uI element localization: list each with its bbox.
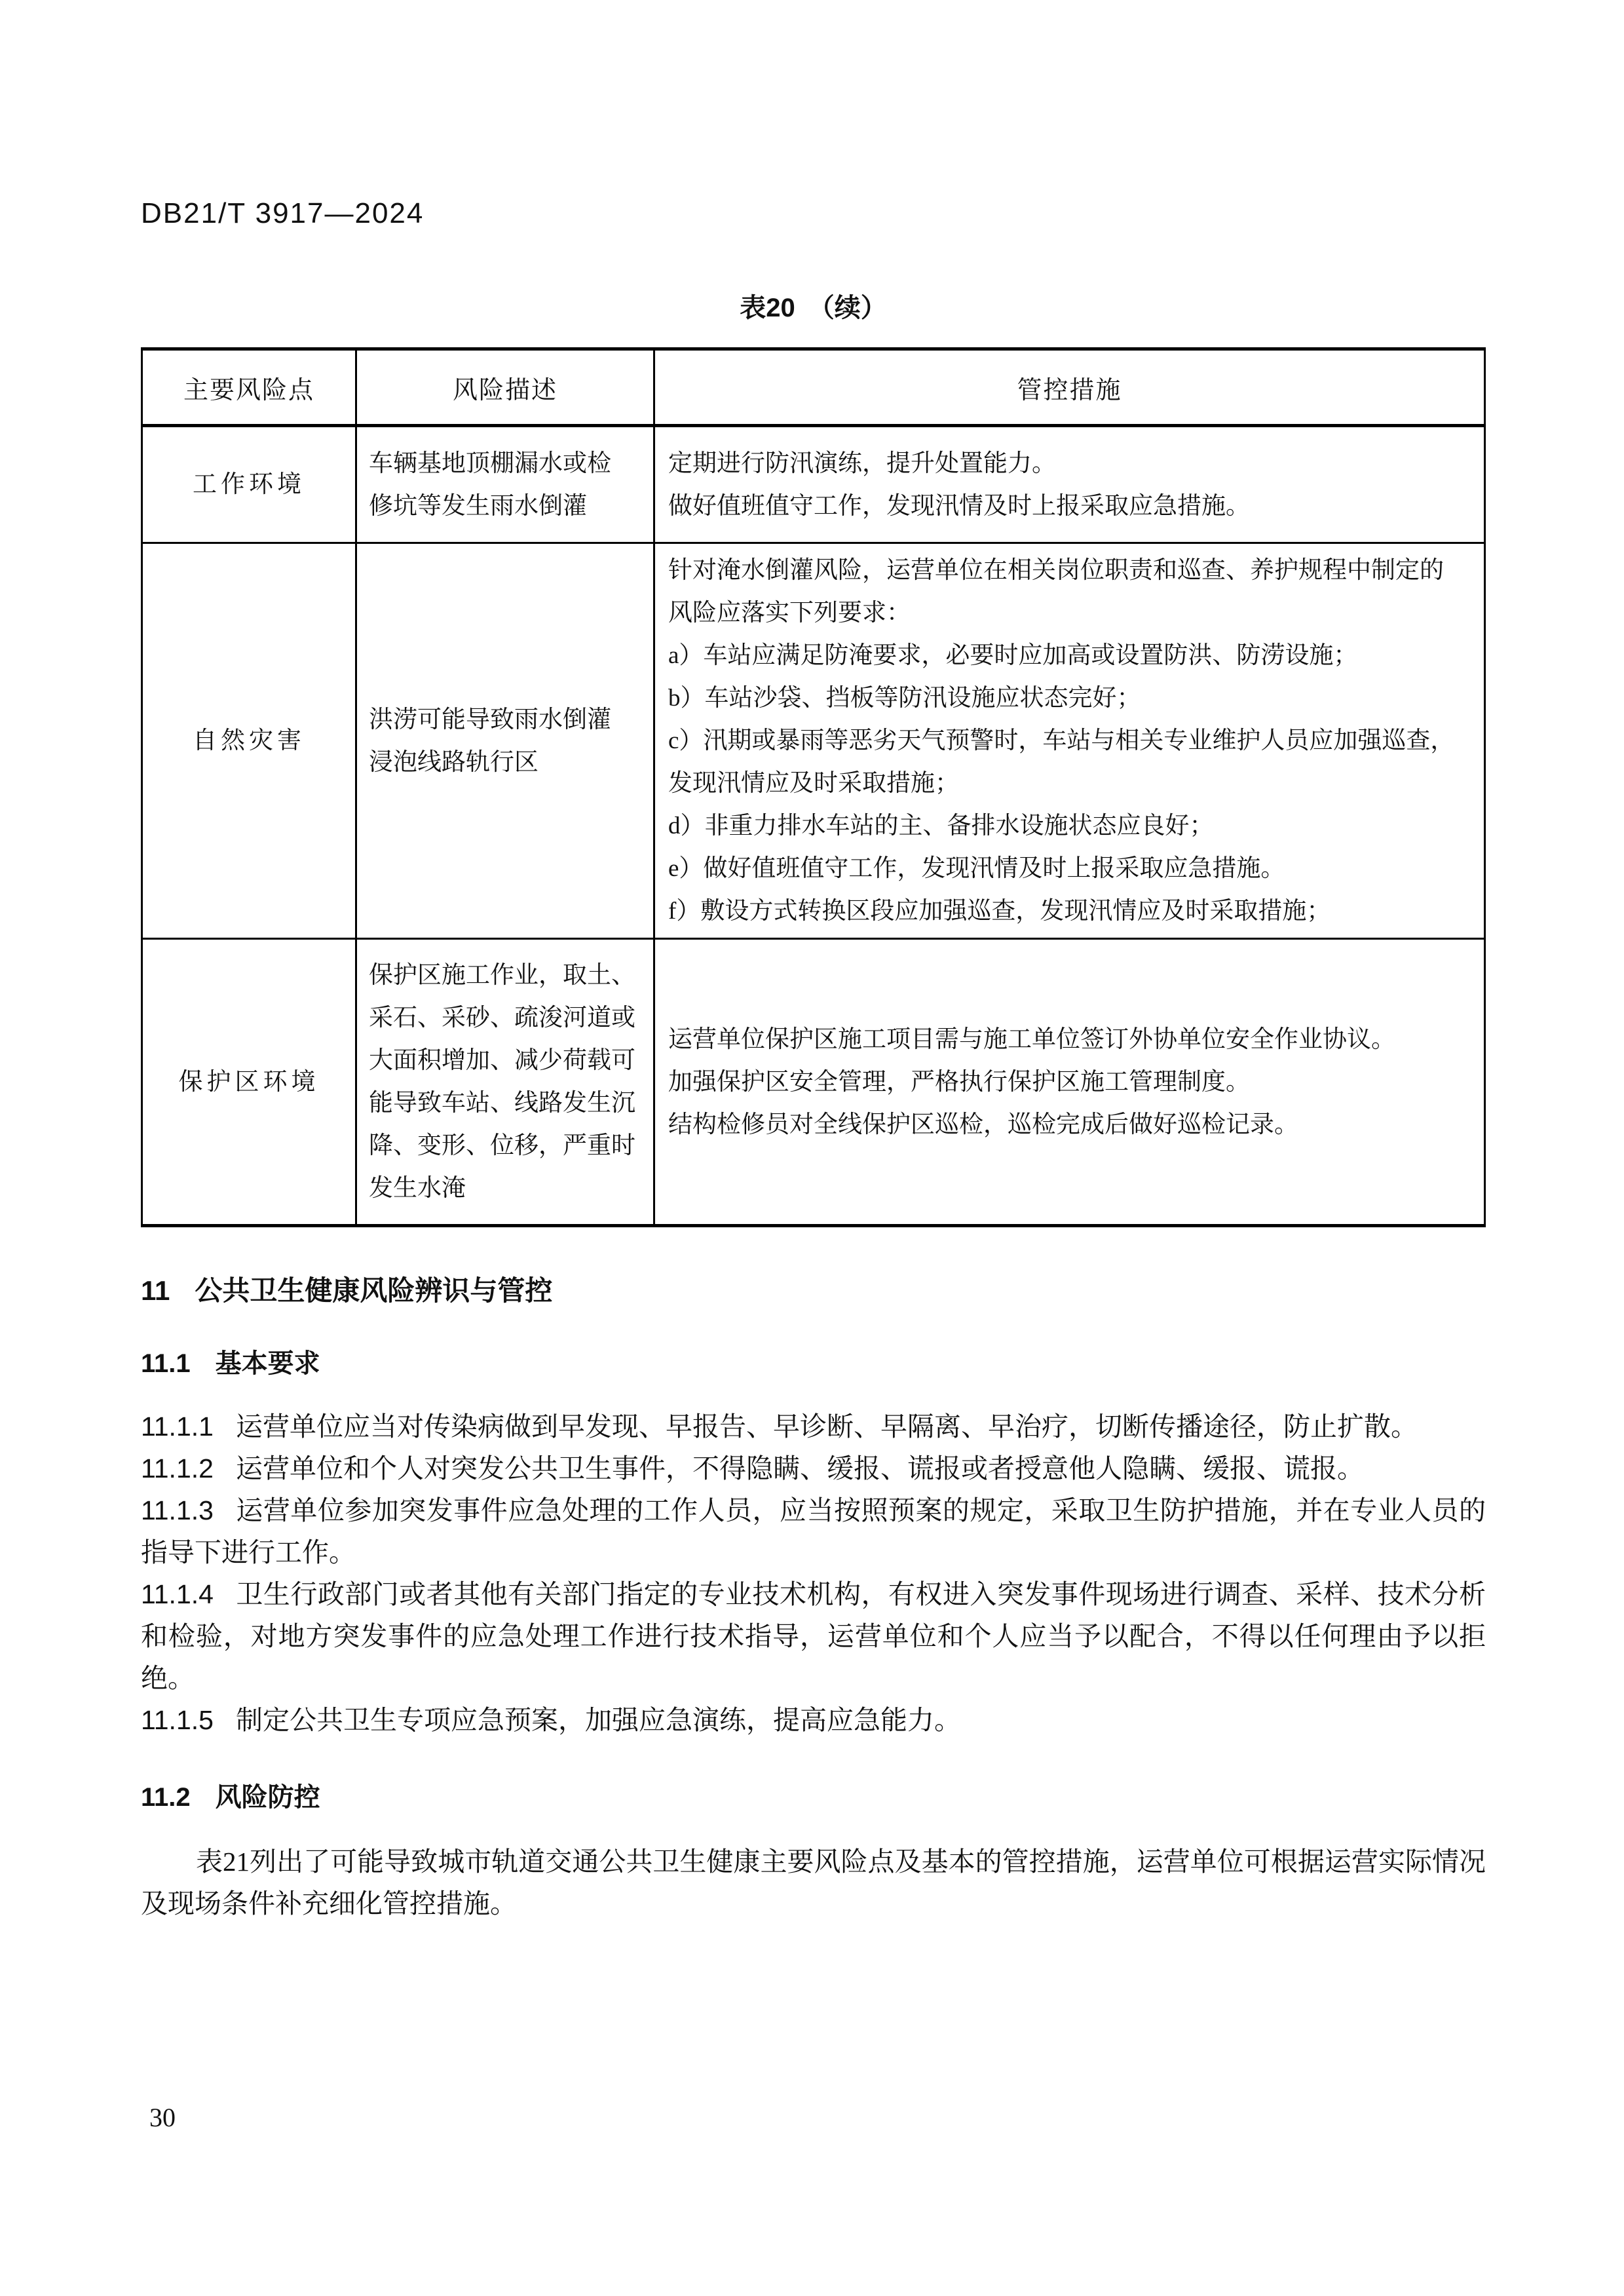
risk-description-cell: 车辆基地顶棚漏水或检 修坑等发生雨水倒灌 [356,426,654,543]
measure-line: 加强保护区安全管理，严格执行保护区施工管理制度。 [668,1061,1471,1103]
clause-number: 11.1.3 [141,1495,214,1525]
control-measures-cell: 运营单位保护区施工项目需与施工单位签订外协单位安全作业协议。 加强保护区安全管理… [654,939,1485,1226]
section-11-2-paragraph: 表21列出了可能导致城市轨道交通公共卫生健康主要风险点及基本的管控措施，运营单位… [141,1841,1486,1924]
column-header-risk-point: 主要风险点 [142,349,356,426]
clause-11-1-4: 11.1.4卫生行政部门或者其他有关部门指定的专业技术机构，有权进入突发事件现场… [141,1573,1486,1699]
clause-text: 制定公共卫生专项应急预案，加强应急演练，提高应急能力。 [236,1705,961,1735]
description-line: 修坑等发生雨水倒灌 [369,485,644,527]
description-line: 采石、采砂、疏浚河道或 [369,997,644,1039]
section-number: 11 [141,1275,170,1306]
clause-11-1-3: 11.1.3运营单位参加突发事件应急处理的工作人员，应当按照预案的规定，采取卫生… [141,1489,1486,1573]
measure-line: 定期进行防汛演练，提升处置能力。 [668,442,1471,485]
clause-11-1-1: 11.1.1运营单位应当对传染病做到早发现、早报告、早诊断、早隔离、早治疗，切断… [141,1406,1486,1447]
description-line: 降、变形、位移，严重时 [369,1124,644,1167]
risk-point-cell: 工作环境 [142,426,356,543]
table-caption: 表20 （续） [141,292,1486,324]
description-line: 洪涝可能导致雨水倒灌 [369,698,644,741]
description-line: 车辆基地顶棚漏水或检 [369,442,644,485]
measure-line: 风险应落实下列要求： [668,592,1471,634]
table-row-protection-zone: 保护区环境 保护区施工作业，取土、 采石、采砂、疏浚河道或 大面积增加、减少荷载… [142,939,1485,1226]
section-number: 11.2 [141,1783,191,1812]
risk-description-cell: 保护区施工作业，取土、 采石、采砂、疏浚河道或 大面积增加、减少荷载可 能导致车… [356,939,654,1226]
measure-line: f）敷设方式转换区段应加强巡查，发现汛情应及时采取措施； [668,890,1471,932]
description-line: 保护区施工作业，取土、 [369,954,644,997]
document-page: DB21/T 3917—2024 表20 （续） 主要风险点 风险描述 管控措施… [0,0,1624,2296]
control-measures-cell: 针对淹水倒灌风险，运营单位在相关岗位职责和巡查、养护规程中制定的 风险应落实下列… [654,543,1485,939]
clause-11-1-5: 11.1.5制定公共卫生专项应急预案，加强应急演练，提高应急能力。 [141,1699,1486,1741]
table-header-row: 主要风险点 风险描述 管控措施 [142,349,1485,426]
document-code-header: DB21/T 3917—2024 [141,198,1486,229]
control-measures-cell: 定期进行防汛演练，提升处置能力。 做好值班值守工作，发现汛情及时上报采取应急措施… [654,426,1485,543]
clause-text: 卫生行政部门或者其他有关部门指定的专业技术机构，有权进入突发事件现场进行调查、采… [141,1579,1486,1693]
clause-11-1-2: 11.1.2运营单位和个人对突发公共卫生事件，不得隐瞒、缓报、谎报或者授意他人隐… [141,1447,1486,1489]
section-number: 11.1 [141,1349,191,1378]
page-number: 30 [149,2102,176,2133]
clause-number: 11.1.2 [141,1453,214,1483]
section-heading-11: 11公共卫生健康风险辨识与管控 [141,1274,1486,1307]
measure-line: 运营单位保护区施工项目需与施工单位签订外协单位安全作业协议。 [668,1018,1471,1061]
column-header-risk-description: 风险描述 [356,349,654,426]
clause-list: 11.1.1运营单位应当对传染病做到早发现、早报告、早诊断、早隔离、早治疗，切断… [141,1406,1486,1741]
section-title: 基本要求 [216,1349,320,1378]
table-row-work-environment: 工作环境 车辆基地顶棚漏水或检 修坑等发生雨水倒灌 定期进行防汛演练，提升处置能… [142,426,1485,543]
description-line: 浸泡线路轨行区 [369,741,644,784]
clause-text: 运营单位和个人对突发公共卫生事件，不得隐瞒、缓报、谎报或者授意他人隐瞒、缓报、谎… [236,1453,1364,1483]
measure-line: b）车站沙袋、挡板等防汛设施应状态完好； [668,677,1471,719]
section-heading-11-2: 11.2风险防控 [141,1782,1486,1813]
risk-point-cell: 自然灾害 [142,543,356,939]
measure-line: a）车站应满足防淹要求，必要时应加高或设置防洪、防涝设施； [668,634,1471,677]
measure-line: e）做好值班值守工作，发现汛情及时上报采取应急措施。 [668,847,1471,890]
clause-text: 运营单位应当对传染病做到早发现、早报告、早诊断、早隔离、早治疗，切断传播途径，防… [236,1411,1418,1442]
clause-number: 11.1.4 [141,1579,214,1609]
measure-line: 结构检修员对全线保护区巡检，巡检完成后做好巡检记录。 [668,1103,1471,1146]
measure-line: 发现汛情应及时采取措施； [668,762,1471,805]
clause-number: 11.1.5 [141,1705,214,1735]
description-line: 能导致车站、线路发生沉 [369,1082,644,1124]
measure-line: c）汛期或暴雨等恶劣天气预警时，车站与相关专业维护人员应加强巡查， [668,719,1471,762]
measure-line: d）非重力排水车站的主、备排水设施状态应良好； [668,805,1471,847]
column-header-control-measures: 管控措施 [654,349,1485,426]
risk-description-cell: 洪涝可能导致雨水倒灌 浸泡线路轨行区 [356,543,654,939]
risk-point-cell: 保护区环境 [142,939,356,1226]
table-row-natural-disaster: 自然灾害 洪涝可能导致雨水倒灌 浸泡线路轨行区 针对淹水倒灌风险，运营单位在相关… [142,543,1485,939]
measure-line: 做好值班值守工作，发现汛情及时上报采取应急措施。 [668,485,1471,527]
risk-table: 主要风险点 风险描述 管控措施 工作环境 车辆基地顶棚漏水或检 修坑等发生雨水倒… [141,347,1486,1227]
description-line: 发生水淹 [369,1167,644,1210]
section-title: 公共卫生健康风险辨识与管控 [195,1275,552,1306]
clause-text: 运营单位参加突发事件应急处理的工作人员，应当按照预案的规定，采取卫生防护措施，并… [141,1495,1486,1567]
clause-number: 11.1.1 [141,1411,214,1442]
section-title: 风险防控 [216,1783,320,1812]
description-line: 大面积增加、减少荷载可 [369,1039,644,1082]
measure-line: 针对淹水倒灌风险，运营单位在相关岗位职责和巡查、养护规程中制定的 [668,549,1471,592]
section-heading-11-1: 11.1基本要求 [141,1348,1486,1379]
